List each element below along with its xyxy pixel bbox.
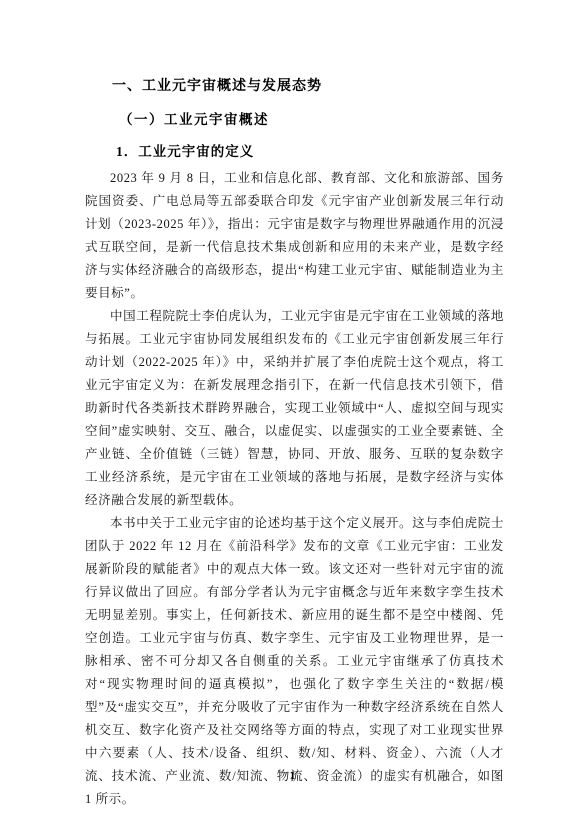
page-number: 1 — [0, 768, 585, 783]
section-heading-level2: （一）工业元宇宙概述 — [85, 111, 504, 129]
body-paragraph: 中国工程院院士李伯虎认为，工业元宇宙是元宇宙在工业领域的落地与拓展。工业元宇宙协… — [85, 305, 504, 512]
document-page: 一、工业元宇宙概述与发展态势 （一）工业元宇宙概述 1．工业元宇宙的定义 202… — [0, 0, 585, 829]
body-text-block: 2023 年 9 月 8 日，工业和信息化部、教育部、文化和旅游部、国务院国资委… — [85, 167, 504, 811]
body-paragraph: 2023 年 9 月 8 日，工业和信息化部、教育部、文化和旅游部、国务院国资委… — [85, 167, 504, 305]
section-heading-level3: 1．工业元宇宙的定义 — [85, 143, 504, 161]
body-paragraph: 本书中关于工业元宇宙的论述均基于这个定义展开。这与李伯虎院士团队于 2022 年… — [85, 512, 504, 811]
page-content: 一、工业元宇宙概述与发展态势 （一）工业元宇宙概述 1．工业元宇宙的定义 202… — [85, 76, 504, 811]
section-heading-level1: 一、工业元宇宙概述与发展态势 — [85, 76, 504, 95]
